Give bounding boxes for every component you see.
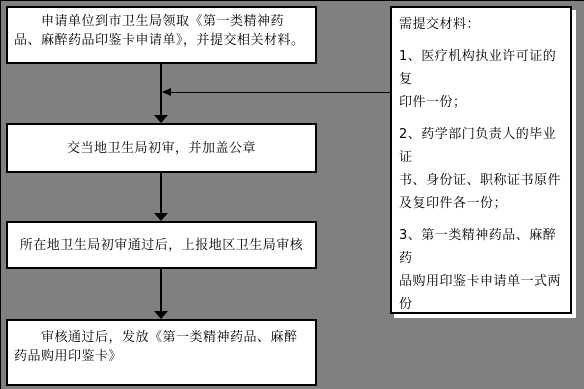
materials-note-item-3: 3、第一类精神药品、麻醉药品购用印鉴卡申请单一式两份 (399, 224, 567, 314)
materials-note-title: 需提交材料： (399, 13, 567, 36)
materials-note-item-2: 2、药学部门负责人的毕业证书、身份证、职称证书原件及复印件各一份； (399, 123, 567, 215)
flow-step-3-box: 所在地卫生局初审通过后，上报地区卫生局审核 (6, 221, 317, 269)
note-connector-left-arrowhead-icon (162, 88, 171, 96)
flow-step-2-box: 交当地卫生局初审，并加盖公章 (6, 123, 317, 173)
flow-arrow-1-arrowhead-icon (154, 115, 168, 123)
text-line: 药品购用印鉴卡》 (14, 347, 311, 366)
text-line: 品购用印鉴卡申请单一式两 (399, 270, 567, 293)
flow-arrow-2-arrowhead-icon (154, 213, 168, 221)
flow-step-4-box: 审核通过后，发放《第一类精神药品、麻醉药品购用印鉴卡》 (6, 319, 317, 386)
text-line: 交当地卫生局初审，并加盖公章 (67, 139, 256, 158)
text-line: 需提交材料： (399, 13, 567, 36)
text-line: 所在地卫生局初审通过后，上报地区卫生局审核 (20, 236, 304, 255)
text-line: 份 (399, 293, 567, 314)
text-line: 2、药学部门负责人的毕业证 (399, 123, 567, 169)
text-line: 3、第一类精神药品、麻醉药 (399, 224, 567, 270)
text-line: 1、医疗机构执业许可证的复 (399, 45, 567, 91)
materials-note-item-1: 1、医疗机构执业许可证的复印件一份； (399, 45, 567, 114)
text-line: 品、麻醉药品印鉴卡申请单》，并提交相关材料。 (14, 31, 311, 50)
flow-arrow-3-line (160, 269, 163, 312)
text-line: 印件一份； (399, 91, 567, 114)
flow-arrow-3-arrowhead-icon (154, 311, 168, 319)
text-line: 申请单位到市卫生局领取《第一类精神药 (14, 12, 311, 31)
materials-note-box: 需提交材料： 1、医疗机构执业许可证的复印件一份； 2、药学部门负责人的毕业证书… (390, 6, 572, 314)
flow-arrow-2-line (160, 173, 163, 214)
text-line: 审核通过后，发放《第一类精神药品、麻醉 (14, 328, 311, 347)
text-line: 及复印件各一份； (399, 192, 567, 215)
flow-step-1-box: 申请单位到市卫生局领取《第一类精神药品、麻醉药品印鉴卡申请单》，并提交相关材料。 (6, 6, 317, 64)
text-line: 书、身份证、职称证书原件 (399, 169, 567, 192)
flowchart-canvas: 申请单位到市卫生局领取《第一类精神药品、麻醉药品印鉴卡申请单》，并提交相关材料。… (0, 0, 584, 389)
note-connector-line (163, 92, 390, 94)
